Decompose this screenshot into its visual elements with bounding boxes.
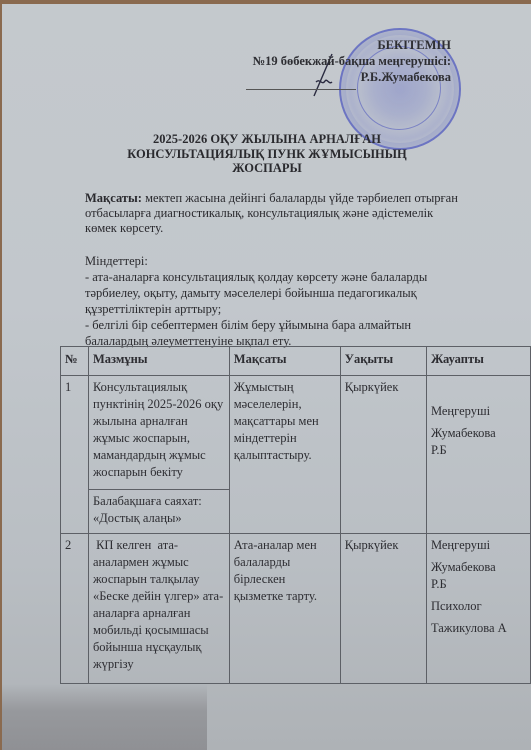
- row-number: 2: [61, 534, 89, 684]
- table-row: 1 Консультациялық пунктінің 2025-2026 оқ…: [61, 376, 531, 534]
- table-header-row: № Мазмұны Мақсаты Уақыты Жауапты: [61, 347, 531, 376]
- row-goal: Жұмыстың мәселелерін, мақсаттары мен мін…: [229, 376, 340, 534]
- row-content-main: Консультациялық пунктінің 2025-2026 оқу …: [93, 379, 225, 481]
- responsible-line: Меңгеруші: [431, 537, 526, 554]
- row-responsible: Меңгеруші Жумабекова Р.Б Психолог Тажику…: [426, 534, 530, 684]
- goal-paragraph: Мақсаты: мектеп жасына дейінгі балаларды…: [85, 191, 465, 236]
- title-line-1: 2025-2026 ОҚУ ЖЫЛЫНА АРНАЛҒАН: [102, 132, 432, 147]
- responsible-line: Жумабекова: [431, 559, 526, 576]
- header-goal: Мақсаты: [229, 347, 340, 376]
- approval-heading: БЕКІТЕМІН: [253, 37, 451, 53]
- responsible-line: Меңгеруші: [431, 403, 526, 420]
- tasks-section: Міндеттері: - ата-аналарға консультациял…: [85, 253, 475, 349]
- approval-position: №19 бөбекжай-бақша меңгерушісі:: [253, 53, 451, 69]
- document-title: 2025-2026 ОҚУ ЖЫЛЫНА АРНАЛҒАН КОНСУЛЬТАЦ…: [102, 132, 432, 176]
- responsible-line: Жумабекова: [431, 425, 526, 442]
- task-item: - белгілі бір себептермен білім беру ұйы…: [85, 317, 475, 349]
- signature-line: [246, 89, 356, 90]
- row-time: Қыркүйек: [340, 534, 426, 684]
- row-content-extra: Балабақшаға саяхат: «Достық алаңы»: [89, 489, 229, 527]
- row-responsible: Меңгеруші Жумабекова Р.Б: [426, 376, 530, 534]
- goal-label: Мақсаты:: [85, 191, 142, 205]
- plan-table: № Мазмұны Мақсаты Уақыты Жауапты 1 Консу…: [60, 346, 531, 684]
- header-number: №: [61, 347, 89, 376]
- row-goal: Ата-аналар мен балаларды бірлескен қызме…: [229, 534, 340, 684]
- row-time: Қыркүйек: [340, 376, 426, 534]
- responsible-line: Психолог: [431, 598, 526, 615]
- responsible-line: Р.Б: [431, 442, 526, 459]
- responsible-line: Р.Б: [431, 576, 526, 593]
- document-page: БЕКІТЕМІН №19 бөбекжай-бақша меңгерушісі…: [2, 4, 531, 750]
- responsible-list: Меңгеруші Жумабекова Р.Б Психолог Тажику…: [431, 537, 526, 637]
- task-item: - ата-аналарға консультациялық қолдау кө…: [85, 269, 475, 317]
- responsible-line: Тажикулова А: [431, 620, 526, 637]
- header-responsible: Жауапты: [426, 347, 530, 376]
- title-line-3: ЖОСПАРЫ: [102, 161, 432, 176]
- responsible-list: Меңгеруші Жумабекова Р.Б: [431, 403, 526, 459]
- header-content: Мазмұны: [88, 347, 229, 376]
- title-line-2: КОНСУЛЬТАЦИЯЛЫҚ ПУНК ЖҰМЫСЫНЫҢ: [102, 147, 432, 162]
- row-content: Консультациялық пунктінің 2025-2026 оқу …: [88, 376, 229, 534]
- approval-signer: Р.Б.Жумабекова: [253, 69, 451, 85]
- header-time: Уақыты: [340, 347, 426, 376]
- table-row: 2 КП келген ата-аналармен жұмыс жоспарын…: [61, 534, 531, 684]
- tasks-label: Міндеттері:: [85, 253, 475, 269]
- row-content: КП келген ата-аналармен жұмыс жоспарын т…: [88, 534, 229, 684]
- row-number: 1: [61, 376, 89, 534]
- page-shadow: [2, 684, 207, 750]
- approval-block: БЕКІТЕМІН №19 бөбекжай-бақша меңгерушісі…: [253, 37, 451, 85]
